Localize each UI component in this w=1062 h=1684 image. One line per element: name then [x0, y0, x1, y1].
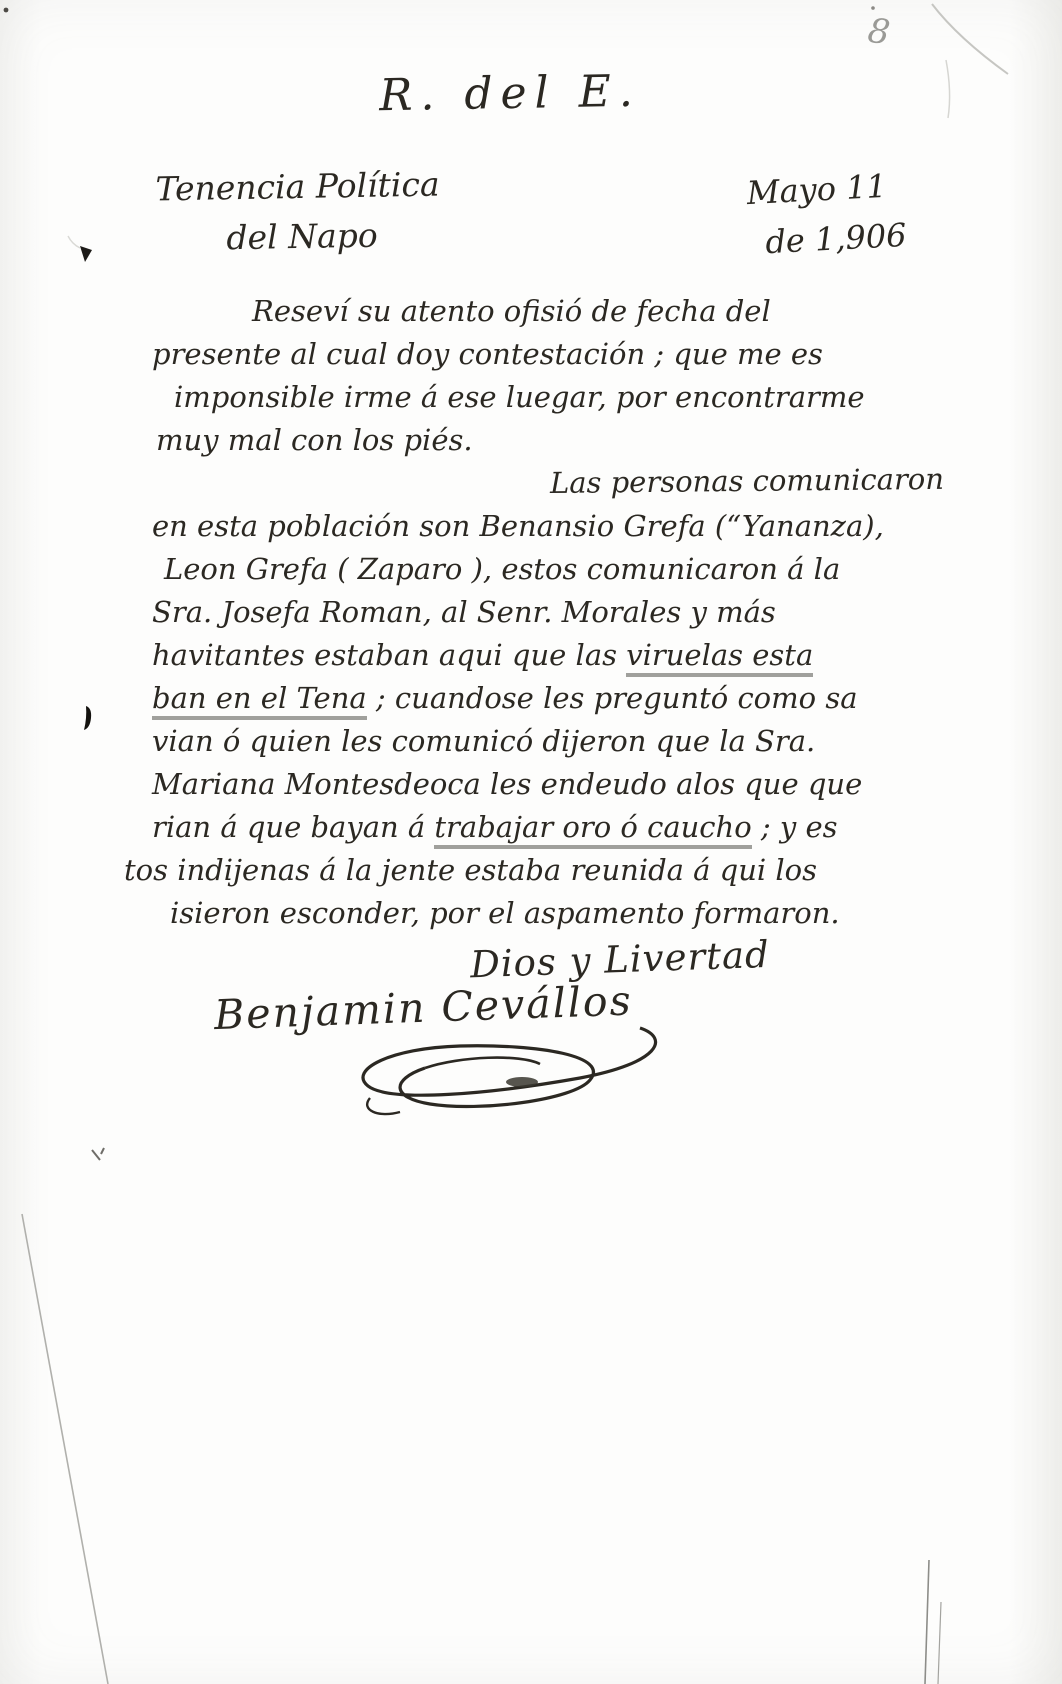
text-line: rian á que bayan á trabajar oro ó caucho… — [152, 806, 944, 849]
text-line: havitantes estaban aqui que las viruelas… — [152, 634, 944, 677]
date-block: Mayo 11 de 1,906 — [745, 160, 907, 268]
sender-office: Tenencia Política del Napo — [155, 160, 441, 265]
text-line: en esta población son Benansio Grefa (“Y… — [152, 505, 944, 548]
text-line: Mariana Montesdeoca les endeudo alos que… — [152, 763, 944, 806]
text-segment: en esta población son Benansio Grefa (“Y… — [152, 509, 884, 543]
paragraph-2-intro: Las personas comunicaron — [152, 458, 944, 509]
faint-left-stroke — [68, 236, 80, 248]
text-line: Sra. Josefa Roman, al Senr. Morales y má… — [152, 591, 944, 634]
letter-body: Reseví su atento ofisió de fecha delpres… — [152, 290, 944, 935]
text-segment: havitantes estaban aqui que las — [152, 638, 626, 672]
text-segment: Sra. Josefa Roman, al Senr. Morales y má… — [152, 595, 776, 629]
scanned-letter-page: 8 R. del E. Tenencia Política del Napo M… — [0, 0, 1062, 1684]
text-segment: vian ó quien les comunicó dijeron que la… — [152, 724, 815, 758]
text-segment: rian á que bayan á — [152, 810, 434, 844]
underlined-phrase: trabajar oro ó caucho — [434, 810, 751, 849]
underlined-phrase: ban en el Tena — [152, 681, 367, 720]
top-left-speck — [4, 8, 9, 13]
text-segment: Mariana Montesdeoca les endeudo alos que… — [152, 767, 862, 801]
bottom-right-line1 — [925, 1560, 929, 1684]
text-segment: ; y es — [752, 810, 838, 844]
margin-mark-middle — [84, 706, 91, 730]
paragraph-1: Reseví su atento ofisió de fecha delpres… — [152, 290, 944, 462]
text-line: muy mal con los piés. — [152, 419, 944, 462]
bottom-left-crease — [22, 1214, 108, 1684]
text-line: Reseví su atento ofisió de fecha del — [152, 290, 944, 333]
text-line: presente al cual doy contestación ; que … — [152, 333, 944, 376]
margin-mark-top — [80, 246, 92, 262]
page-number: 8 — [865, 11, 892, 54]
text-segment: ; cuandose les preguntó como sa — [367, 681, 858, 715]
underlined-phrase: viruelas esta — [626, 638, 813, 677]
margin-mark-bottom — [92, 1148, 104, 1160]
sender-office-line1: Tenencia Política — [155, 160, 440, 215]
ink-blot — [506, 1077, 538, 1087]
edge-crease-line — [946, 60, 950, 118]
text-segment: isieron esconder, por el aspamento forma… — [170, 896, 840, 930]
sender-office-line2: del Napo — [156, 210, 441, 265]
date-line2: de 1,906 — [748, 210, 908, 268]
top-right-speck — [871, 6, 875, 10]
bottom-right-line2 — [938, 1602, 941, 1684]
text-line: isieron esconder, por el aspamento forma… — [152, 892, 944, 935]
text-segment: Leon Grefa ( Zaparo ), estos comunicaron… — [164, 552, 840, 586]
letterhead-abbreviation: R. del E. — [300, 64, 721, 122]
text-line: ban en el Tena ; cuandose les preguntó c… — [152, 677, 944, 720]
paragraph-2: en esta población son Benansio Grefa (“Y… — [152, 505, 944, 935]
text-line: Leon Grefa ( Zaparo ), estos comunicaron… — [152, 548, 944, 591]
signature-flourish — [330, 1008, 710, 1128]
text-line: imponsible irme á ese luegar, por encont… — [152, 376, 944, 419]
text-line: vian ó quien les comunicó dijeron que la… — [152, 720, 944, 763]
text-segment: tos indijenas á la jente estaba reunida … — [124, 853, 817, 887]
date-line1: Mayo 11 — [745, 160, 905, 218]
corner-crease-line — [932, 4, 1008, 74]
text-line: tos indijenas á la jente estaba reunida … — [124, 849, 944, 892]
